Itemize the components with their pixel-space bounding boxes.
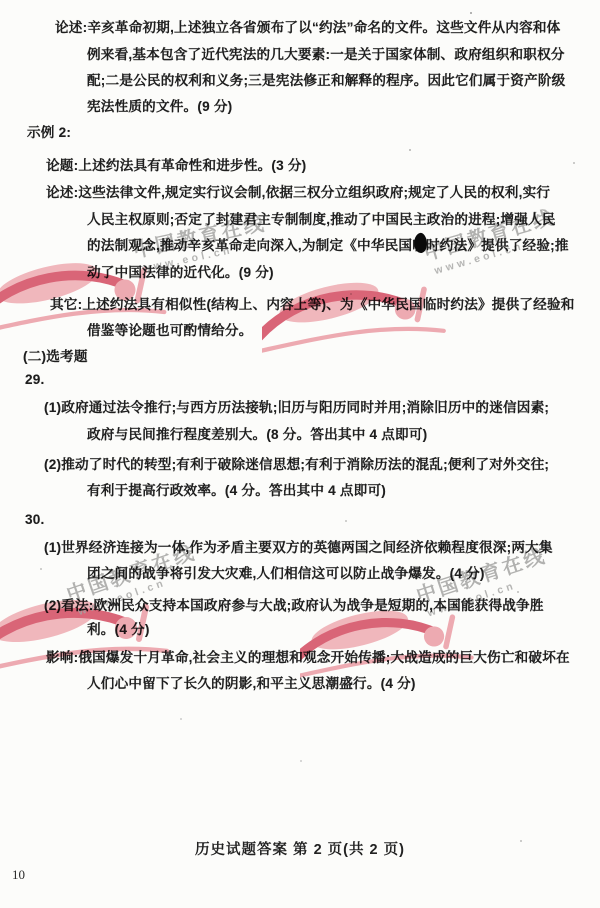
text-line-25: 人们心中留下了长久的阴影,和平主义思潮盛行。(4 分): [87, 675, 416, 693]
text-line-6: 论题:上述约法具有革命性和进步性。(3 分): [46, 157, 306, 175]
text-line-2: 例来看,基本包含了近代宪法的几大要素:一是关于国家体制、政府组织和职权分: [87, 46, 565, 64]
page-number: 10: [12, 867, 25, 883]
scanned-answer-page: 论述:辛亥革命初期,上述独立各省颁布了以“约法”命名的文件。这些文件从内容和体例…: [0, 0, 600, 908]
text-line-10: 动了中国法律的近代化。(9 分): [87, 264, 274, 282]
page-footer: 历史试题答案 第 2 页(共 2 页): [0, 838, 600, 859]
text-line-22: (2)看法:欧洲民众支持本国政府参与大战;政府认为战争是短期的,本国能获得战争胜: [44, 597, 544, 615]
text-line-4: 宪法性质的文件。(9 分): [87, 98, 232, 116]
text-line-21: 团之间的战争将引发大灾难,人们相信这可以防止战争爆发。(4 分): [87, 565, 485, 583]
text-line-16: 政府与民间推行程度差别大。(8 分。答出其中 4 点即可): [87, 426, 427, 444]
text-line-17: (2)推动了时代的转型;有利于破除迷信思想;有利于消除历法的混乱;便利了对外交往…: [44, 456, 549, 474]
text-line-24: 影响:俄国爆发十月革命,社会主义的理想和观念开始传播;大战造成的巨大伤亡和破坏在: [46, 649, 570, 667]
text-line-9: 的法制观念,推动辛亥革命走向深入,为制定《中华民国临时约法》提供了经验;推: [87, 237, 569, 255]
text-line-15: (1)政府通过法令推行;与西方历法接轨;旧历与阳历同时并用;消除旧历中的迷信因素…: [44, 399, 549, 417]
text-line-19: 30.: [25, 511, 45, 529]
text-line-23: 利。(4 分): [87, 621, 150, 639]
text-line-13: (二)选考题: [23, 348, 88, 366]
text-line-18: 有利于提高行政效率。(4 分。答出其中 4 点即可): [87, 482, 386, 500]
text-line-14: 29.: [25, 371, 45, 389]
text-line-7: 论述:这些法律文件,规定实行议会制,依据三权分立组织政府;规定了人民的权利,实行: [46, 184, 550, 202]
text-line-3: 配;二是公民的权利和义务;三是宪法修正和解释的程序。因此它们属于资产阶级: [87, 72, 565, 90]
text-line-5: 示例 2:: [27, 124, 71, 142]
text-line-12: 借鉴等论题也可酌情给分。: [87, 322, 253, 340]
text-line-11: 其它:上述约法具有相似性(结构上、内容上等)、为《中华民国临时约法》提供了经验和: [50, 296, 575, 314]
text-line-20: (1)世界经济连接为一体,作为矛盾主要双方的英德两国之间经济依赖程度很深;两大集: [44, 539, 553, 557]
document-text-layer: 论述:辛亥革命初期,上述独立各省颁布了以“约法”命名的文件。这些文件从内容和体例…: [0, 0, 600, 908]
text-line-8: 人民主权原则;否定了封建君主专制制度,推动了中国民主政治的进程;增强人民: [87, 211, 556, 229]
text-line-1: 论述:辛亥革命初期,上述独立各省颁布了以“约法”命名的文件。这些文件从内容和体: [55, 19, 560, 37]
